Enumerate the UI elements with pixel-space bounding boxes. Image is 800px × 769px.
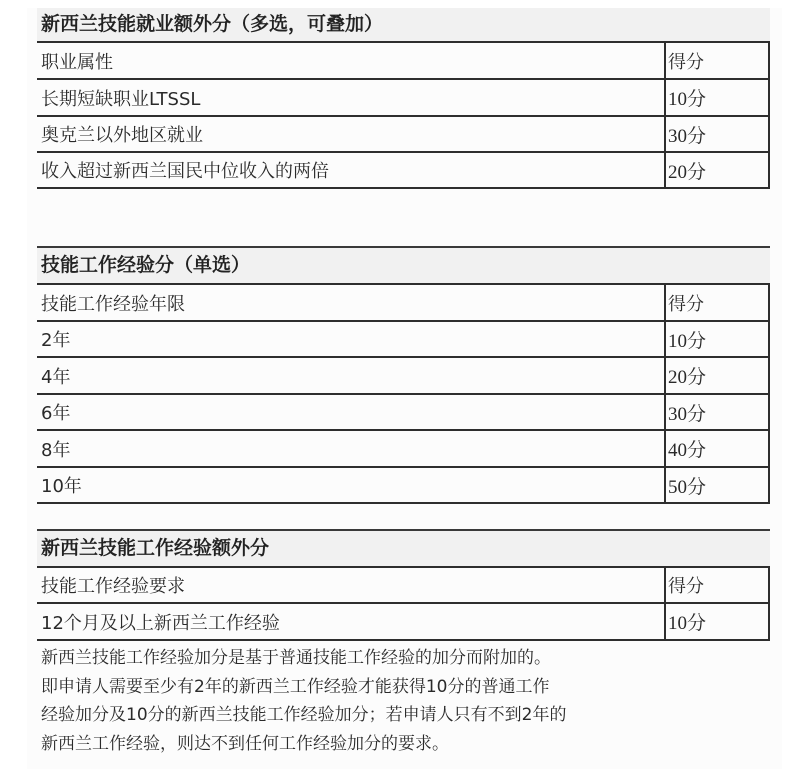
row-score: 30分	[665, 394, 769, 430]
table-row: 奥克兰以外地区就业 30分	[37, 116, 769, 152]
points-table: 职业属性 得分 长期短缺职业LTSSL 10分 奥克兰以外地区就业 30分 收入…	[37, 41, 770, 189]
table-header-row: 技能工作经验年限 得分	[37, 284, 769, 321]
section-title: 新西兰技能工作经验额外分	[37, 531, 770, 566]
section-nz-skilled-experience-bonus: 新西兰技能工作经验额外分 技能工作经验要求 得分 12个月及以上新西兰工作经验 …	[37, 529, 770, 641]
column-header-score: 得分	[665, 567, 769, 603]
table-row: 6年 30分	[37, 394, 769, 430]
table-row: 长期短缺职业LTSSL 10分	[37, 79, 769, 116]
table-row: 4年 20分	[37, 357, 769, 394]
row-item: 4年	[37, 357, 665, 394]
table-row: 收入超过新西兰国民中位收入的两倍 20分	[37, 152, 769, 188]
row-item: 2年	[37, 321, 665, 357]
row-score: 20分	[665, 152, 769, 188]
row-score: 10分	[665, 603, 769, 640]
column-header-item: 职业属性	[37, 42, 665, 79]
row-item: 奥克兰以外地区就业	[37, 116, 665, 152]
table-row: 10年 50分	[37, 467, 769, 503]
section-title: 技能工作经验分（单选）	[37, 248, 770, 283]
row-score: 20分	[665, 357, 769, 394]
column-header-score: 得分	[665, 284, 769, 321]
column-header-score: 得分	[665, 42, 769, 79]
row-score: 50分	[665, 467, 769, 503]
column-header-item: 技能工作经验年限	[37, 284, 665, 321]
row-item: 8年	[37, 430, 665, 467]
points-table: 技能工作经验年限 得分 2年 10分 4年 20分 6年 30分 8年 40分 …	[37, 283, 770, 504]
row-item: 10年	[37, 467, 665, 503]
column-header-item: 技能工作经验要求	[37, 567, 665, 603]
row-item: 12个月及以上新西兰工作经验	[37, 603, 665, 640]
row-item: 收入超过新西兰国民中位收入的两倍	[37, 152, 665, 188]
table-row: 2年 10分	[37, 321, 769, 357]
table-header-row: 技能工作经验要求 得分	[37, 567, 769, 603]
row-item: 长期短缺职业LTSSL	[37, 79, 665, 116]
row-score: 10分	[665, 321, 769, 357]
note-line: 即申请人需要至少有2年的新西兰工作经验才能获得10分的普通工作	[41, 673, 771, 702]
explanatory-note: 新西兰技能工作经验加分是基于普通技能工作经验的加分而附加的。 即申请人需要至少有…	[41, 644, 771, 758]
note-line: 经验加分及10分的新西兰技能工作经验加分；若申请人只有不到2年的	[41, 701, 771, 730]
section-skilled-work-experience: 技能工作经验分（单选） 技能工作经验年限 得分 2年 10分 4年 20分 6年…	[37, 246, 770, 504]
section-skilled-employment-bonus: 新西兰技能就业额外分（多选，可叠加） 职业属性 得分 长期短缺职业LTSSL 1…	[37, 8, 770, 189]
points-table: 技能工作经验要求 得分 12个月及以上新西兰工作经验 10分	[37, 566, 770, 641]
note-line: 新西兰技能工作经验加分是基于普通技能工作经验的加分而附加的。	[41, 644, 771, 673]
row-score: 10分	[665, 79, 769, 116]
section-title: 新西兰技能就业额外分（多选，可叠加）	[37, 8, 770, 41]
table-row: 8年 40分	[37, 430, 769, 467]
row-score: 30分	[665, 116, 769, 152]
table-row: 12个月及以上新西兰工作经验 10分	[37, 603, 769, 640]
row-score: 40分	[665, 430, 769, 467]
table-header-row: 职业属性 得分	[37, 42, 769, 79]
row-item: 6年	[37, 394, 665, 430]
note-line: 新西兰工作经验，则达不到任何工作经验加分的要求。	[41, 730, 771, 759]
